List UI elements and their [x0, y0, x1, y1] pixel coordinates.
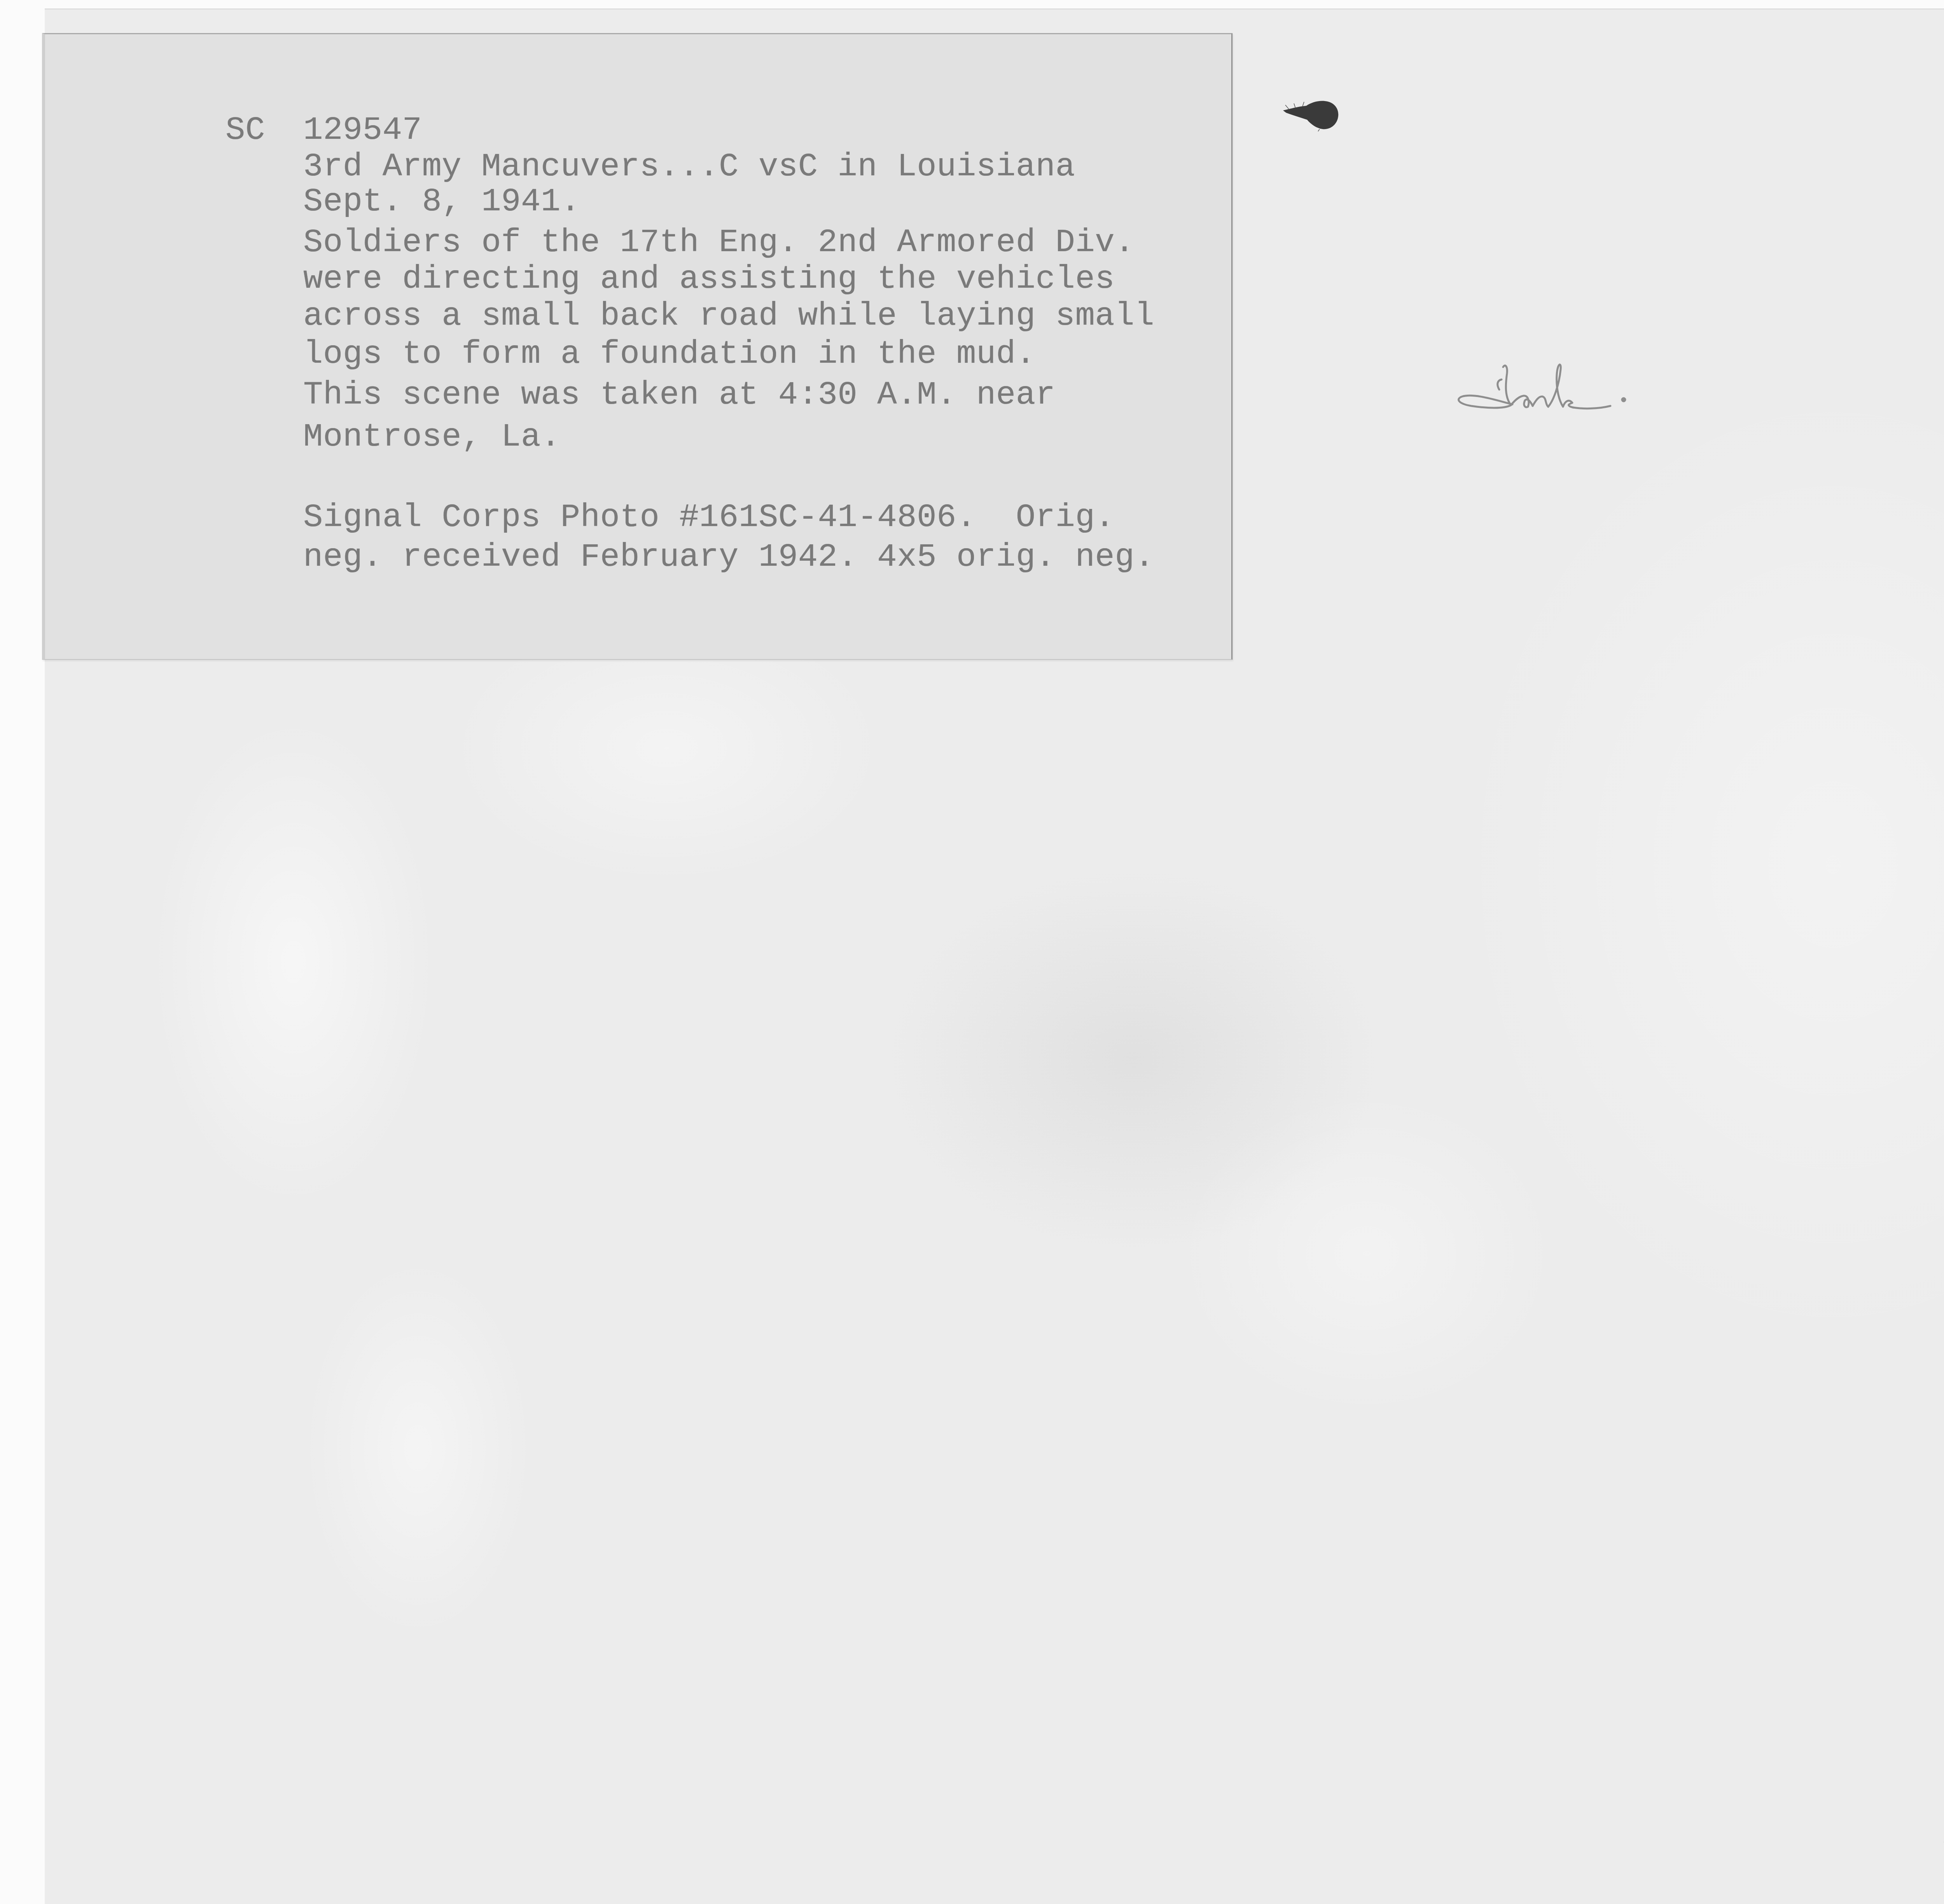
caption-line: were directing and assisting the vehicle…: [303, 263, 1115, 296]
handwritten-subject-text: Tanks.: [1442, 342, 1462, 344]
caption-line: This scene was taken at 4:30 A.M. near: [303, 379, 1056, 412]
caption-line: 3rd Army Mancuvers...C vsC in Louisiana: [303, 151, 1075, 184]
caption-prefix: SC: [226, 114, 265, 147]
caption-line: across a small back road while laying sm…: [303, 300, 1154, 333]
handwritten-file-number-text: S874: [1940, 1824, 1944, 1825]
credit-line: neg. received February 1942. 4x5 orig. n…: [303, 541, 1154, 574]
credit-line: Signal Corps Photo #161SC-41-4806. Orig.: [303, 502, 1115, 534]
handwritten-subject-note: Tanks.: [1442, 342, 1691, 420]
handwritten-file-number: S874: [1940, 1824, 1944, 1886]
caption-line: logs to form a foundation in the mud.: [303, 338, 1036, 371]
caption-line: Soldiers of the 17th Eng. 2nd Armored Di…: [303, 227, 1135, 259]
caption-line: Sept. 8, 1941.: [303, 186, 580, 219]
ink-blot-mark: [1282, 100, 1340, 131]
caption-line: Montrose, La.: [303, 421, 561, 454]
caption-serial-number: 129547: [303, 114, 422, 147]
